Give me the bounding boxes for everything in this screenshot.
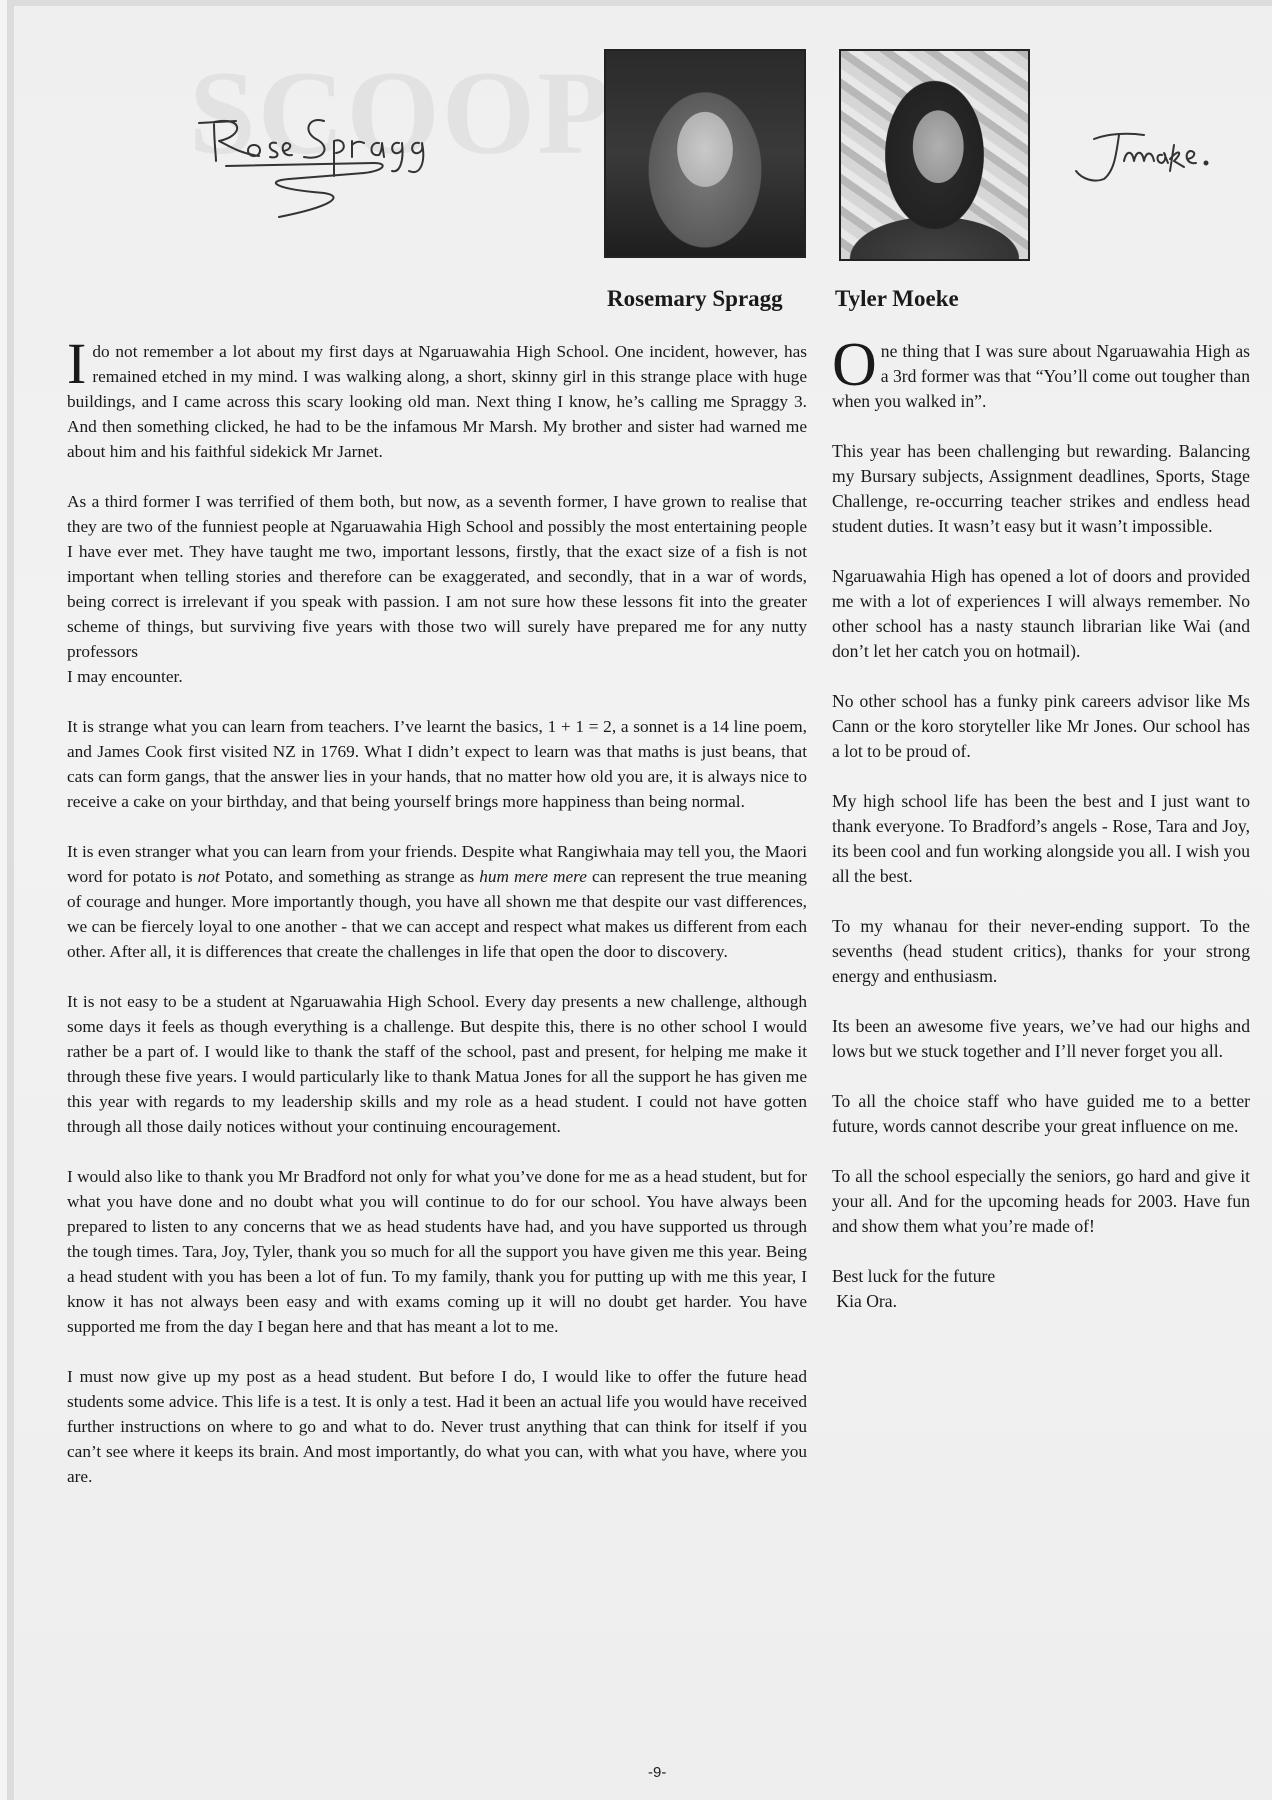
rose-signature xyxy=(184,101,434,231)
tyler-paragraph: To all the school especially the seniors… xyxy=(832,1164,1250,1239)
rose-paragraph: I would also like to thank you Mr Bradfo… xyxy=(67,1164,807,1339)
rose-name-caption: Rosemary Spragg xyxy=(607,286,783,312)
dropcap: I xyxy=(67,342,86,386)
rose-paragraph: I do not remember a lot about my first d… xyxy=(67,339,807,464)
tyler-paragraph: Ngaruawahia High has opened a lot of doo… xyxy=(832,564,1250,664)
rose-portrait-photo xyxy=(604,49,806,258)
dropcap: O xyxy=(832,341,877,389)
tyler-paragraph: One thing that I was sure about Ngaruawa… xyxy=(832,339,1250,414)
tyler-closing: Best luck for the future Kia Ora. xyxy=(832,1264,1250,1314)
rose-paragraph: It is strange what you can learn from te… xyxy=(67,714,807,814)
tyler-name-caption: Tyler Moeke xyxy=(835,286,959,312)
tyler-paragraph: To all the choice staff who have guided … xyxy=(832,1089,1250,1139)
tyler-paragraph: No other school has a funky pink careers… xyxy=(832,689,1250,764)
tyler-paragraph: Its been an awesome five years, we’ve ha… xyxy=(832,1014,1250,1064)
tyler-paragraph: My high school life has been the best an… xyxy=(832,789,1250,889)
tyler-article: One thing that I was sure about Ngaruawa… xyxy=(832,339,1250,1339)
tyler-signature xyxy=(1074,121,1224,191)
rose-paragraph: As a third former I was terrified of the… xyxy=(67,489,807,689)
rose-paragraph: It is even stranger what you can learn f… xyxy=(67,839,807,964)
rose-article: I do not remember a lot about my first d… xyxy=(67,339,807,1514)
yearbook-page: SCOOP Rosemary Spragg Tyler Moeke xyxy=(14,6,1272,1800)
rose-paragraph: It is not easy to be a student at Ngarua… xyxy=(67,989,807,1139)
tyler-paragraph: To my whanau for their never-ending supp… xyxy=(832,914,1250,989)
rose-paragraph: I must now give up my post as a head stu… xyxy=(67,1364,807,1489)
page-number: -9- xyxy=(648,1764,666,1781)
tyler-paragraph: This year has been challenging but rewar… xyxy=(832,439,1250,539)
tyler-portrait-photo xyxy=(839,49,1030,261)
scan-edge xyxy=(0,0,7,1800)
